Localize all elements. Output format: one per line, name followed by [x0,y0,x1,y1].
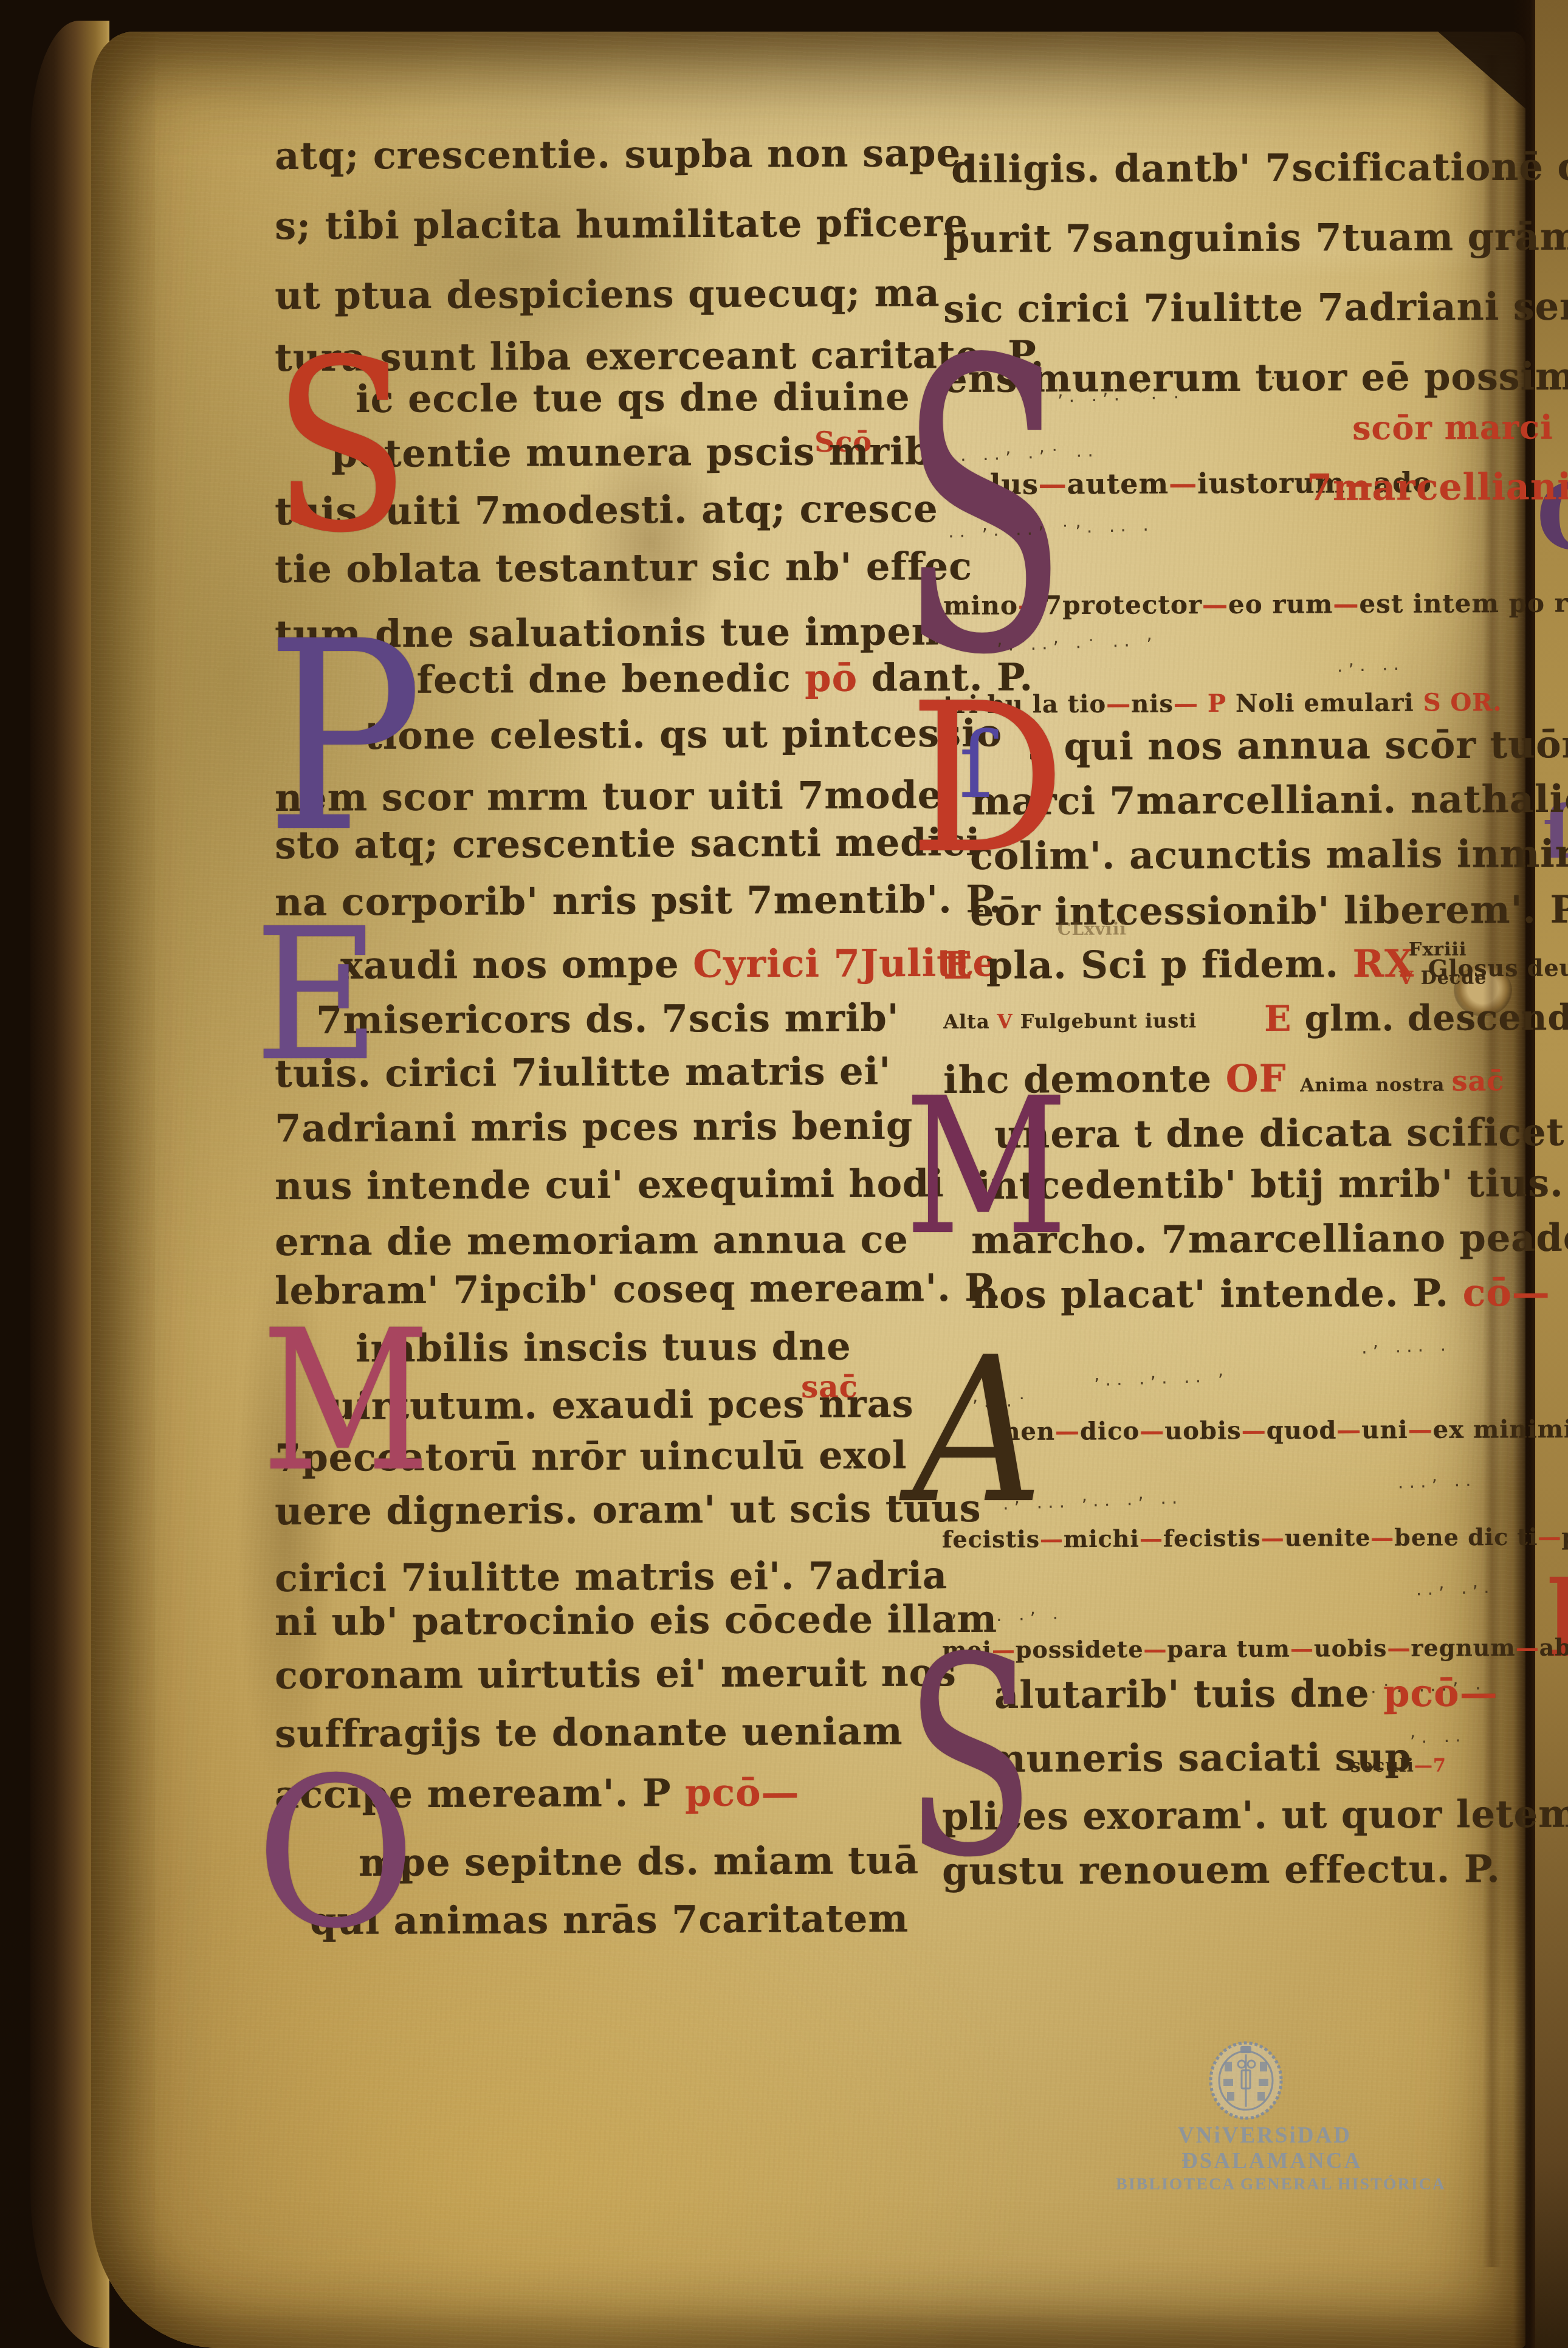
neume-row: ··ʼ ·ʼ· [1415,1582,1495,1606]
university-seal-icon [1206,2041,1285,2120]
text-segment: — [1261,1524,1285,1552]
text-segment: abinitio [1539,1633,1568,1661]
text-segment: fecistis [1163,1524,1261,1552]
text-line: muneris saciati sup [986,1735,1412,1781]
text-line: nus intende cui' exequimi hodi [275,1161,944,1208]
text-segment: — [1538,1523,1561,1551]
text-segment: — [1055,1417,1080,1445]
text-segment: —7 [1414,1755,1446,1776]
text-segment: E [943,943,986,988]
text-segment: pō [805,656,872,700]
text-segment: 7adriani mris pces nris benig [275,1103,913,1151]
text-segment: uni [1361,1416,1408,1444]
text-segment: Fxriii [1409,939,1467,960]
text-segment: CLxviii [1057,919,1127,939]
text-segment: — [1174,689,1198,718]
neume-row: ···ʼ ·· [1397,1475,1477,1499]
neume-row: ʼ· ·˙ [972,1394,1032,1417]
text-segment: plices exoram'. ut quor letem [942,1791,1568,1839]
text-segment: P [1198,689,1236,718]
text-segment: ex minimis [1433,1415,1568,1444]
neume-row: ʼ·· ·ʼ· ·· ʼ [1093,1370,1229,1396]
text-segment: erna die memoriam annua ce [275,1217,909,1264]
text-segment: uenite [1285,1524,1371,1552]
neume-row: ·˙· ···ʼ · [1370,1678,1487,1704]
text-segment: — [1140,1524,1163,1552]
text-segment: — [1143,1635,1167,1662]
text-segment: eo rum [1228,589,1333,619]
text-line: Fxriii [1409,939,1467,960]
text-segment: patris [1561,1523,1568,1551]
text-segment: — [1516,1634,1539,1661]
text-segment: scōr marci [1352,408,1553,447]
text-segment: Alta [943,1010,997,1033]
text-segment: autem [1067,467,1169,501]
text-segment: — [1202,590,1228,619]
text-segment: pla. Sci p fidem. [986,942,1353,988]
text-segment: ni ub' patrocinio eis cōcede illam [275,1597,997,1644]
watermark-salamanca-name: ÐSALAMANCA [1181,2148,1362,2174]
neume-row: ··ʼ · [1270,366,1327,389]
text-segment: — [1370,1524,1394,1551]
text-line: cirici 7iulitte matris ei'. 7adria [275,1553,947,1600]
text-segment: cirici 7iulitte matris ei'. 7adria [275,1553,947,1600]
neume-row: ·ʼ ··· · [1361,1339,1451,1363]
text-line: seculi—7 [1350,1755,1446,1777]
text-line: Alta V Fulgebunt iusti [943,1009,1197,1033]
text-line: nos placat' intende. P. cō— [971,1270,1550,1317]
text-segment: mpe sepitne ds. miam tuā [359,1838,919,1885]
text-segment: V [1399,968,1421,989]
text-segment: uobis [1314,1634,1387,1662]
text-segment: E [1264,998,1305,1039]
text-segment: nis [1131,689,1174,718]
text-line: plices exoram'. ut quor letem [942,1791,1568,1839]
text-line: diligis. dantb' 7scificationē carnis [951,144,1568,191]
text-line: ni ub' patrocinio eis cōcede illam [275,1597,997,1644]
text-segment: ic eccle tue qs dne diuine [356,374,910,421]
text-segment: V [997,1010,1020,1033]
text-segment: — [1387,1634,1411,1662]
text-line: scōr marci [1352,408,1553,447]
text-segment: Decde [1421,967,1487,988]
illuminated-initial: P [265,607,423,869]
text-layer: atq; crescentie. supba non sape.s; tibi … [0,0,1568,2348]
text-segment: dico [1080,1417,1140,1445]
illuminated-initial: O [255,1751,416,1957]
text-segment: Fulgebunt iusti [1020,1009,1197,1033]
watermark-library-name: BIBLIOTECA GENERAL HISTÓRICA [1116,2175,1446,2194]
text-line: unera t dne dicata scificet 7 [994,1110,1568,1157]
text-line: potentie munera pscis mrib' [331,429,944,476]
text-line: V Decde [1399,967,1487,989]
text-line: atq; crescentie. supba non sape. [275,131,975,178]
text-segment: 7marcelliani. [1307,466,1568,509]
manuscript-photo: atq; crescentie. supba non sape.s; tibi … [0,0,1568,2348]
text-line: coronam uirtutis ei' meruit nos [275,1650,957,1698]
text-segment: xaudi nos ompe [340,942,693,988]
text-segment: — [1140,1417,1164,1445]
text-line: xaudi nos ompe Cyrici 7Julitte [340,940,997,988]
text-line: s qui nos annua scōr tuōr [1028,722,1568,769]
illuminated-initial: ſ [959,720,993,811]
text-segment: Noli emulari [1236,689,1414,718]
text-line: 7marcelliani. [1307,466,1568,509]
text-segment: uobis [1164,1416,1242,1445]
text-segment: efecti dne benedic [392,656,805,702]
text-segment: alutarib' tuis dne [994,1671,1383,1717]
text-segment: pcō— [685,1770,800,1815]
text-segment: atq; crescentie. supba non sape. [275,131,975,178]
text-line: erna die memoriam annua ce [275,1217,909,1264]
illuminated-initial: M [261,1304,431,1499]
text-segment: bene dic ti [1394,1523,1538,1551]
text-segment: s; tibi placita humilitate pficere [275,201,968,248]
text-segment: potentie munera pscis mrib' [331,429,944,476]
text-segment: para tum [1167,1635,1290,1663]
text-segment: quod [1267,1416,1337,1445]
text-line: men—dico—uobis—quod—uni—ex minimis—meis— [994,1414,1568,1446]
text-segment: seculi [1350,1755,1414,1777]
watermark-university-name: VNiVERSiDAD [1178,2122,1352,2149]
text-segment: cō— [1462,1270,1550,1315]
illuminated-initial: E [254,904,380,1087]
text-segment: coronam uirtutis ei' meruit nos [275,1650,957,1698]
text-segment: Anima nostra [1300,1074,1452,1096]
text-line: CLxviii [1057,919,1127,939]
text-line: purit 7sanguinis 7tuam grām [943,214,1568,261]
text-segment: — [1040,1525,1064,1552]
text-segment: s qui nos annua scōr tuōr [1028,722,1568,769]
text-segment: intem po re [1403,588,1568,618]
neume-row: ʼ· ·ʼ· ˙· · [1057,387,1185,412]
text-segment: — [1333,589,1359,619]
text-segment: diligis. dantb' 7scificationē carnis [951,144,1568,191]
neume-row: ·ʼ· ·· [1336,658,1405,682]
text-segment: sac̄ [1452,1064,1505,1097]
text-segment: est [1359,589,1403,619]
text-line: mei—possidete—para tum—uobis—regnum—abin… [942,1633,1568,1664]
neume-row: ʼ· ·· [1409,1730,1467,1753]
text-segment: nus intende cui' exequimi hodi [275,1161,944,1208]
text-segment: — [1290,1634,1314,1662]
text-segment: S OR. [1414,688,1502,717]
text-segment: purit 7sanguinis 7tuam grām [943,214,1568,261]
text-line: s; tibi placita humilitate pficere [275,201,968,248]
text-line: E glm. descendens [1264,996,1568,1039]
text-line: mpe sepitne ds. miam tuā [359,1838,919,1885]
illuminated-initial: S [272,328,410,565]
text-segment: — [1336,1416,1361,1444]
illuminated-initial: S [904,1622,1036,1895]
text-line: ic eccle tue qs dne diuine [356,374,910,421]
text-segment: muneris saciati sup [986,1735,1412,1781]
text-segment: glm. descendens [1304,996,1568,1039]
text-segment: — [1242,1416,1267,1445]
library-watermark: VNiVERSiDAD ÐSALAMANCA BIBLIOTECA GENERA… [1106,2030,1471,2212]
text-segment: OF [1225,1056,1300,1101]
text-segment: michi [1064,1525,1140,1553]
text-segment: nos placat' intende. P. [971,1270,1463,1317]
text-segment: regnum [1411,1634,1515,1662]
illuminated-initial: M [904,1073,1068,1262]
text-segment: 7misericors ds. 7scis mrib' [316,996,899,1042]
text-segment: — [1169,467,1197,500]
neume-row: ʼʼ ·· ·ʼ · [951,1608,1064,1633]
text-segment: — [1106,690,1131,718]
text-segment: unera t dne dicata scificet 7 [994,1110,1568,1157]
text-line: 7misericors ds. 7scis mrib' [316,996,899,1042]
text-segment: — [1408,1416,1433,1444]
text-line: 7adriani mris pces nris benig [275,1103,913,1151]
